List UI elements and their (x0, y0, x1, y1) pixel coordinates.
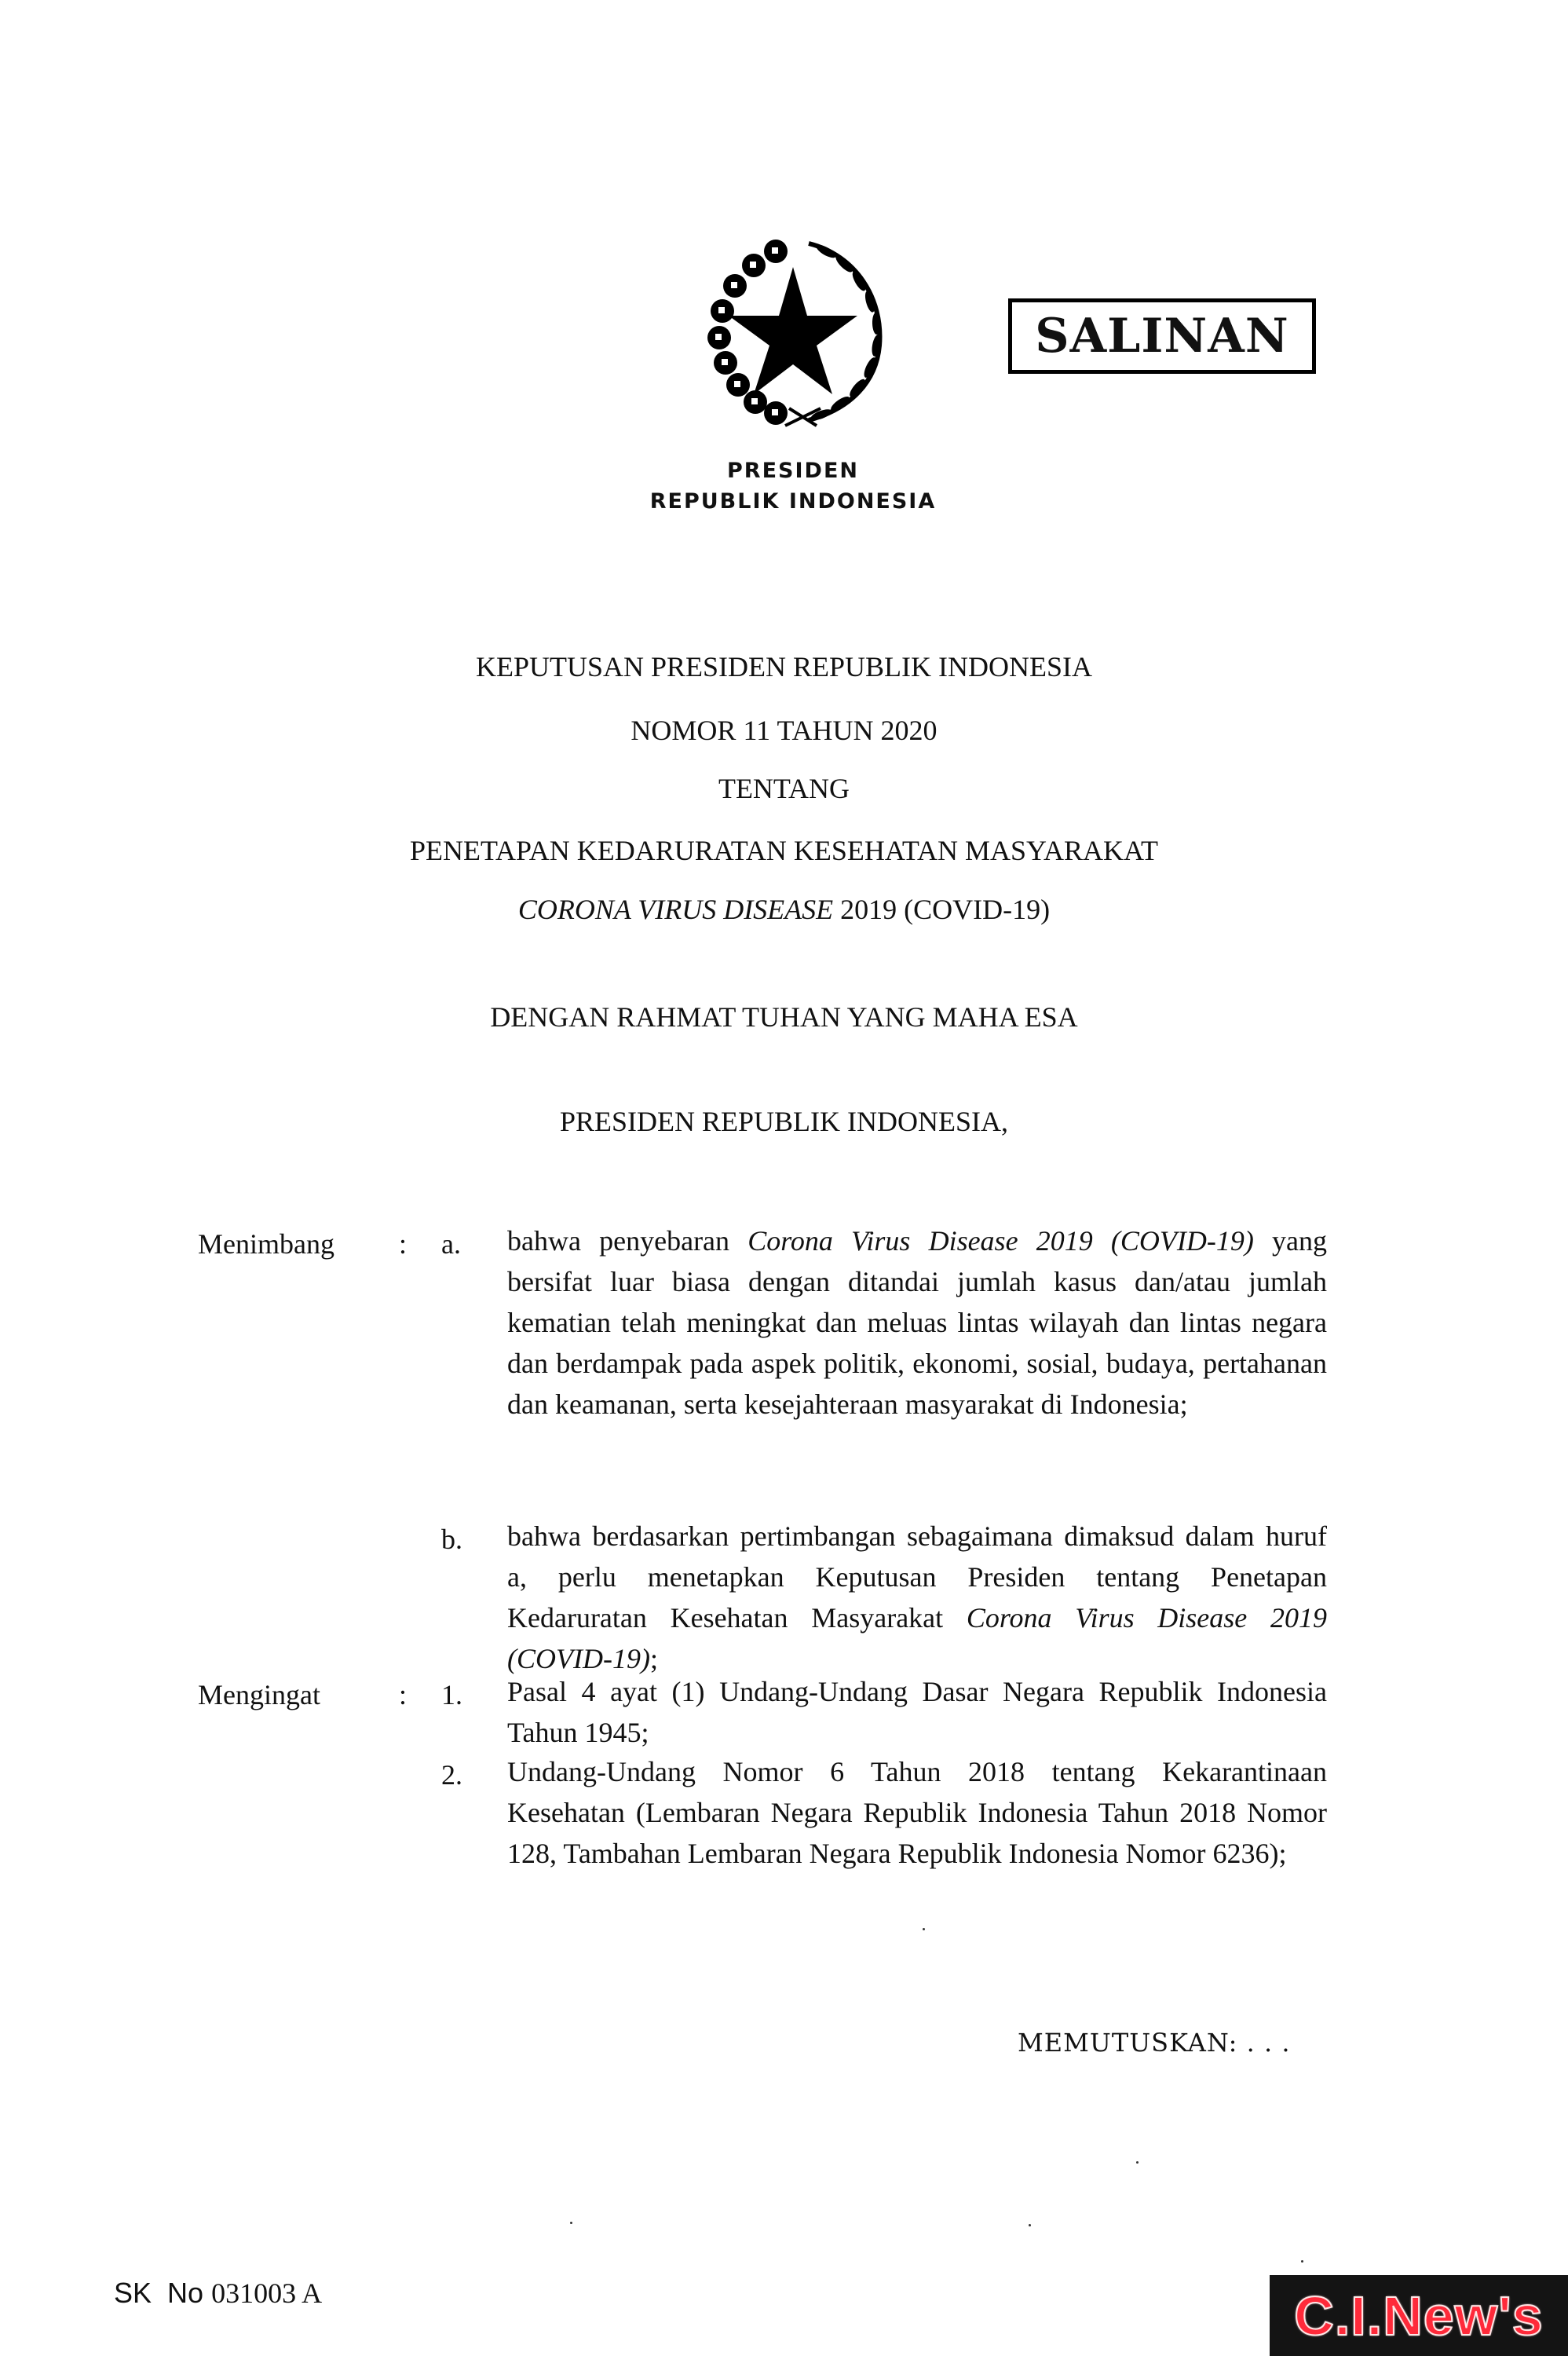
mengingat-colon: : (399, 1681, 407, 1709)
decree-subject-disease: CORONA VIRUS DISEASE 2019 (COVID-19) (0, 895, 1568, 924)
menimbang-colon: : (399, 1230, 407, 1258)
issuer: PRESIDEN REPUBLIK INDONESIA, (0, 1107, 1568, 1136)
salinan-stamp: SALINAN (1008, 298, 1316, 374)
menimbang-item-b: bahwa berdasarkan pertimbangan sebagaima… (507, 1516, 1327, 1679)
sk-prefix: SK No (114, 2277, 203, 2309)
menimbang-a-text-1: bahwa penyebaran (507, 1225, 747, 1257)
menimbang-a-italic: Corona Virus Disease 2019 (COVID-19) (747, 1225, 1254, 1257)
mengingat-marker-1: 1. (441, 1681, 473, 1709)
disease-year: 2019 (COVID-19) (833, 894, 1050, 925)
scan-speck (923, 1928, 925, 1930)
sk-number: SK No 031003 A (114, 2279, 322, 2307)
mengingat-item-2: Undang-Undang Nomor 6 Tahun 2018 tentang… (507, 1751, 1327, 1874)
presidential-emblem-icon (691, 220, 895, 432)
decree-subject: PENETAPAN KEDARURATAN KESEHATAN MASYARAK… (0, 836, 1568, 865)
menimbang-marker-b: b. (441, 1525, 473, 1553)
watermark-logo: C.I.New's (1270, 2275, 1568, 2356)
invocation: DENGAN RAHMAT TUHAN YANG MAHA ESA (0, 1003, 1568, 1031)
mengingat-item-1: Pasal 4 ayat (1) Undang-Undang Dasar Neg… (507, 1671, 1327, 1753)
menimbang-label: Menimbang (198, 1230, 334, 1258)
scan-speck (1029, 2224, 1031, 2226)
sk-value: 031003 A (211, 2277, 322, 2309)
mengingat-label: Mengingat (198, 1681, 320, 1709)
disease-name-italic: CORONA VIRUS DISEASE (518, 894, 833, 925)
scan-speck (1136, 2161, 1139, 2164)
emblem-caption-presiden: PRESIDEN (597, 460, 989, 481)
menimbang-b-text-2: ; (650, 1643, 658, 1674)
decree-title: KEPUTUSAN PRESIDEN REPUBLIK INDONESIA (0, 653, 1568, 681)
menimbang-marker-a: a. (441, 1230, 473, 1258)
continuation-memutuskan: MEMUTUSKAN: . . . (1018, 2030, 1290, 2055)
scan-speck (570, 2222, 572, 2224)
menimbang-item-a: bahwa penyebaran Corona Virus Disease 20… (507, 1220, 1327, 1425)
decree-number: NOMOR 11 TAHUN 2020 (0, 716, 1568, 744)
emblem-caption-republik-indonesia: REPUBLIK INDONESIA (597, 491, 989, 512)
scan-speck (1301, 2260, 1303, 2263)
decree-tentang: TENTANG (0, 774, 1568, 803)
mengingat-marker-2: 2. (441, 1761, 473, 1789)
